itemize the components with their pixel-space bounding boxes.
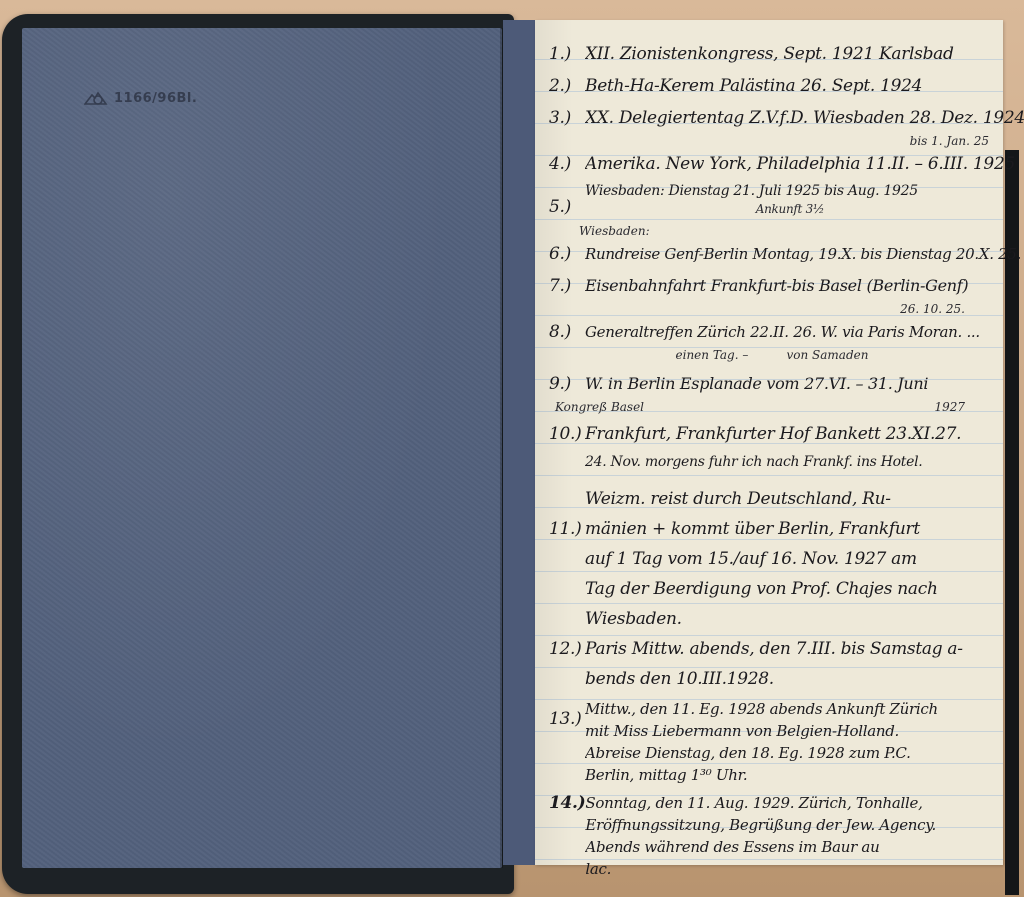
entry-annotation: Kongreß Basel — [549, 400, 644, 414]
diary-entry: 6.) Rundreise Genf-Berlin Montag, 19.X. … — [549, 238, 995, 270]
entry-number: 4.) — [549, 148, 585, 180]
entry-annotation: Ankunft 3½ — [585, 202, 995, 216]
entry-number: 5.) — [549, 180, 585, 218]
entry-number: 6.) — [549, 238, 585, 270]
diary-entry: 3.) XX. Delegiertentag Z.V.f.D. Wiesbade… — [549, 102, 995, 134]
entry-line: Eisenbahnfahrt Frankfurt-bis Basel (Berl… — [585, 270, 995, 302]
entry-line: Tag der Beerdigung von Prof. Chajes nach — [585, 574, 995, 604]
entry-line: Eröffnungssitzung, Begrüßung der Jew. Ag… — [585, 814, 995, 836]
book-cover-lining: 1166/96Bl. — [22, 28, 502, 868]
entry-line: lac. — [585, 858, 995, 880]
entry-line: Generaltreffen Zürich 22.II. 26. W. via … — [585, 316, 995, 348]
diary-entry: 8.) Generaltreffen Zürich 22.II. 26. W. … — [549, 316, 995, 348]
entry-number: 14.) — [549, 792, 585, 880]
diary-entry: 9.) W. in Berlin Esplanade vom 27.VI. – … — [549, 368, 995, 400]
entry-line: Frankfurt, Frankfurter Hof Bankett 23.XI… — [585, 420, 995, 448]
entry-number: 12.) — [549, 634, 585, 694]
entry-annotation: bis 1. Jan. 25 — [549, 134, 995, 148]
entry-line: W. in Berlin Esplanade vom 27.VI. – 31. … — [585, 368, 995, 400]
entry-line: Beth-Ha-Kerem Palästina 26. Sept. 1924 — [585, 70, 995, 102]
entry-line: Sonntag, den 11. Aug. 1929. Zürich, Tonh… — [585, 792, 995, 814]
diary-entries: 1.) XII. Zionistenkongress, Sept. 1921 K… — [549, 38, 995, 880]
entry-number: 10.) — [549, 420, 585, 476]
entry-line: Paris Mittw. abends, den 7.III. bis Sams… — [585, 634, 995, 664]
entry-number: 11.) — [549, 484, 585, 634]
diary-entry: 2.) Beth-Ha-Kerem Palästina 26. Sept. 19… — [549, 70, 995, 102]
stamp-text: 1166/96Bl. — [114, 91, 197, 106]
entry-line: mänien + kommt über Berlin, Frankfurt — [585, 514, 995, 544]
entry-annotation: 1927 — [934, 400, 995, 414]
entry-annotation: 26. 10. 25. — [549, 302, 995, 316]
entry-line: Mittw., den 11. Eg. 1928 abends Ankunft … — [585, 698, 995, 720]
entry-line: XII. Zionistenkongress, Sept. 1921 Karls… — [585, 38, 995, 70]
entry-number: 7.) — [549, 270, 585, 302]
entry-line: 24. Nov. morgens fuhr ich nach Frankf. i… — [585, 448, 995, 476]
entry-line: Wiesbaden: Dienstag 21. Juli 1925 bis Au… — [585, 180, 995, 202]
diary-entry: 12.) Paris Mittw. abends, den 7.III. bis… — [549, 634, 995, 694]
entry-line: Abends während des Essens im Baur au — [585, 836, 995, 858]
entry-annotation: Wiesbaden: — [549, 224, 995, 238]
entry-number: 1.) — [549, 38, 585, 70]
entry-line: Wiesbaden. — [585, 604, 995, 634]
entry-line: Rundreise Genf-Berlin Montag, 19.X. bis … — [585, 238, 1021, 270]
entry-number: 13.) — [549, 698, 585, 786]
entry-line: Weizm. reist durch Deutschland, Ru- — [585, 484, 995, 514]
entry-number: 9.) — [549, 368, 585, 400]
stamp-logo-icon — [84, 90, 108, 106]
diary-entry: 5.) Wiesbaden: Dienstag 21. Juli 1925 bi… — [549, 180, 995, 218]
entry-annotation: einen Tag. – von Samaden — [549, 348, 995, 362]
diary-entry: 4.) Amerika. New York, Philadelphia 11.I… — [549, 148, 995, 180]
entry-line: bends den 10.III.1928. — [585, 664, 995, 694]
diary-entry: 7.) Eisenbahnfahrt Frankfurt-bis Basel (… — [549, 270, 995, 302]
entry-number: 3.) — [549, 102, 585, 134]
entry-line: auf 1 Tag vom 15./auf 16. Nov. 1927 am — [585, 544, 995, 574]
diary-page: 1.) XII. Zionistenkongress, Sept. 1921 K… — [535, 20, 1003, 865]
entry-line: Abreise Dienstag, den 18. Eg. 1928 zum P… — [585, 742, 995, 764]
entry-line: XX. Delegiertentag Z.V.f.D. Wiesbaden 28… — [585, 102, 1024, 134]
library-stamp: 1166/96Bl. — [84, 90, 197, 106]
entry-line: mit Miss Liebermann von Belgien-Holland. — [585, 720, 995, 742]
entry-line: Amerika. New York, Philadelphia 11.II. –… — [585, 148, 1015, 180]
diary-entry: 14.) Sonntag, den 11. Aug. 1929. Zürich,… — [549, 792, 995, 880]
diary-entry: 11.) Weizm. reist durch Deutschland, Ru-… — [549, 484, 995, 634]
cover-fold — [500, 28, 503, 868]
diary-entry: 1.) XII. Zionistenkongress, Sept. 1921 K… — [549, 38, 995, 70]
entry-line: Berlin, mittag 1³⁰ Uhr. — [585, 764, 995, 786]
entry-number: 8.) — [549, 316, 585, 348]
diary-entry: 13.) Mittw., den 11. Eg. 1928 abends Ank… — [549, 698, 995, 786]
diary-entry: 10.) Frankfurt, Frankfurter Hof Bankett … — [549, 420, 995, 476]
entry-number: 2.) — [549, 70, 585, 102]
